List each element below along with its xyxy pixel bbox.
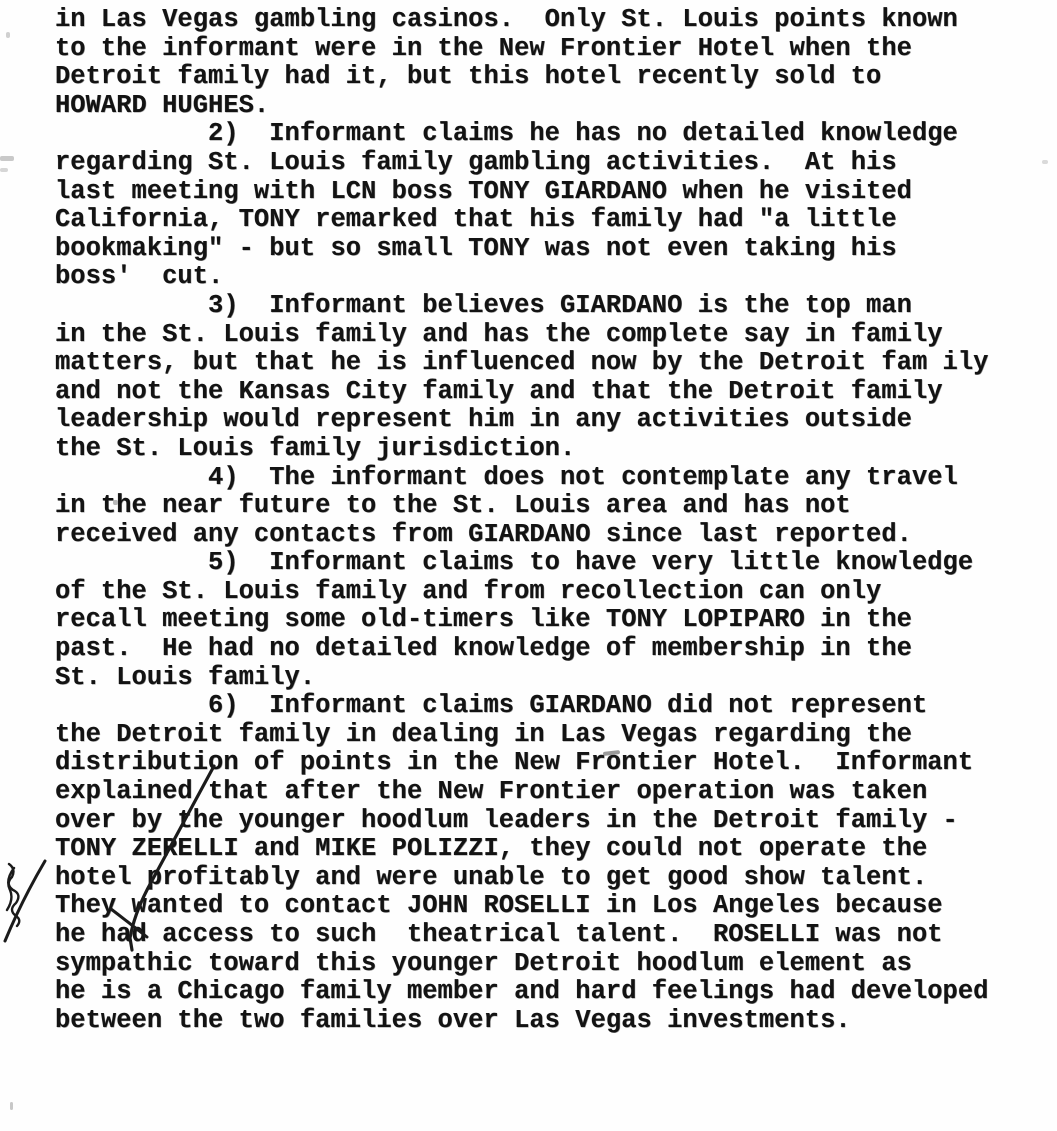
scan-noise-speck <box>1042 160 1048 164</box>
handwritten-scribble <box>7 864 19 926</box>
paragraph-3: 3) Informant believes GIARDANO is the to… <box>55 292 1037 464</box>
scan-noise-speck <box>0 168 8 172</box>
paragraph-5: 5) Informant claims to have very little … <box>55 549 1037 692</box>
scan-noise-speck <box>113 500 118 505</box>
scanned-document-page: in Las Vegas gambling casinos. Only St. … <box>0 0 1057 1131</box>
scan-noise-speck <box>10 1102 13 1110</box>
paragraph-6: 6) Informant claims GIARDANO did not rep… <box>55 692 1037 1035</box>
scan-noise-speck <box>0 156 14 161</box>
document-text: in Las Vegas gambling casinos. Only St. … <box>55 6 1037 1035</box>
handwritten-short-slash <box>5 861 45 941</box>
scan-noise-speck <box>6 32 10 38</box>
paragraph-2: 2) Informant claims he has no detailed k… <box>55 120 1037 292</box>
paragraph-intro: in Las Vegas gambling casinos. Only St. … <box>55 6 1037 120</box>
paragraph-4: 4) The informant does not contemplate an… <box>55 464 1037 550</box>
